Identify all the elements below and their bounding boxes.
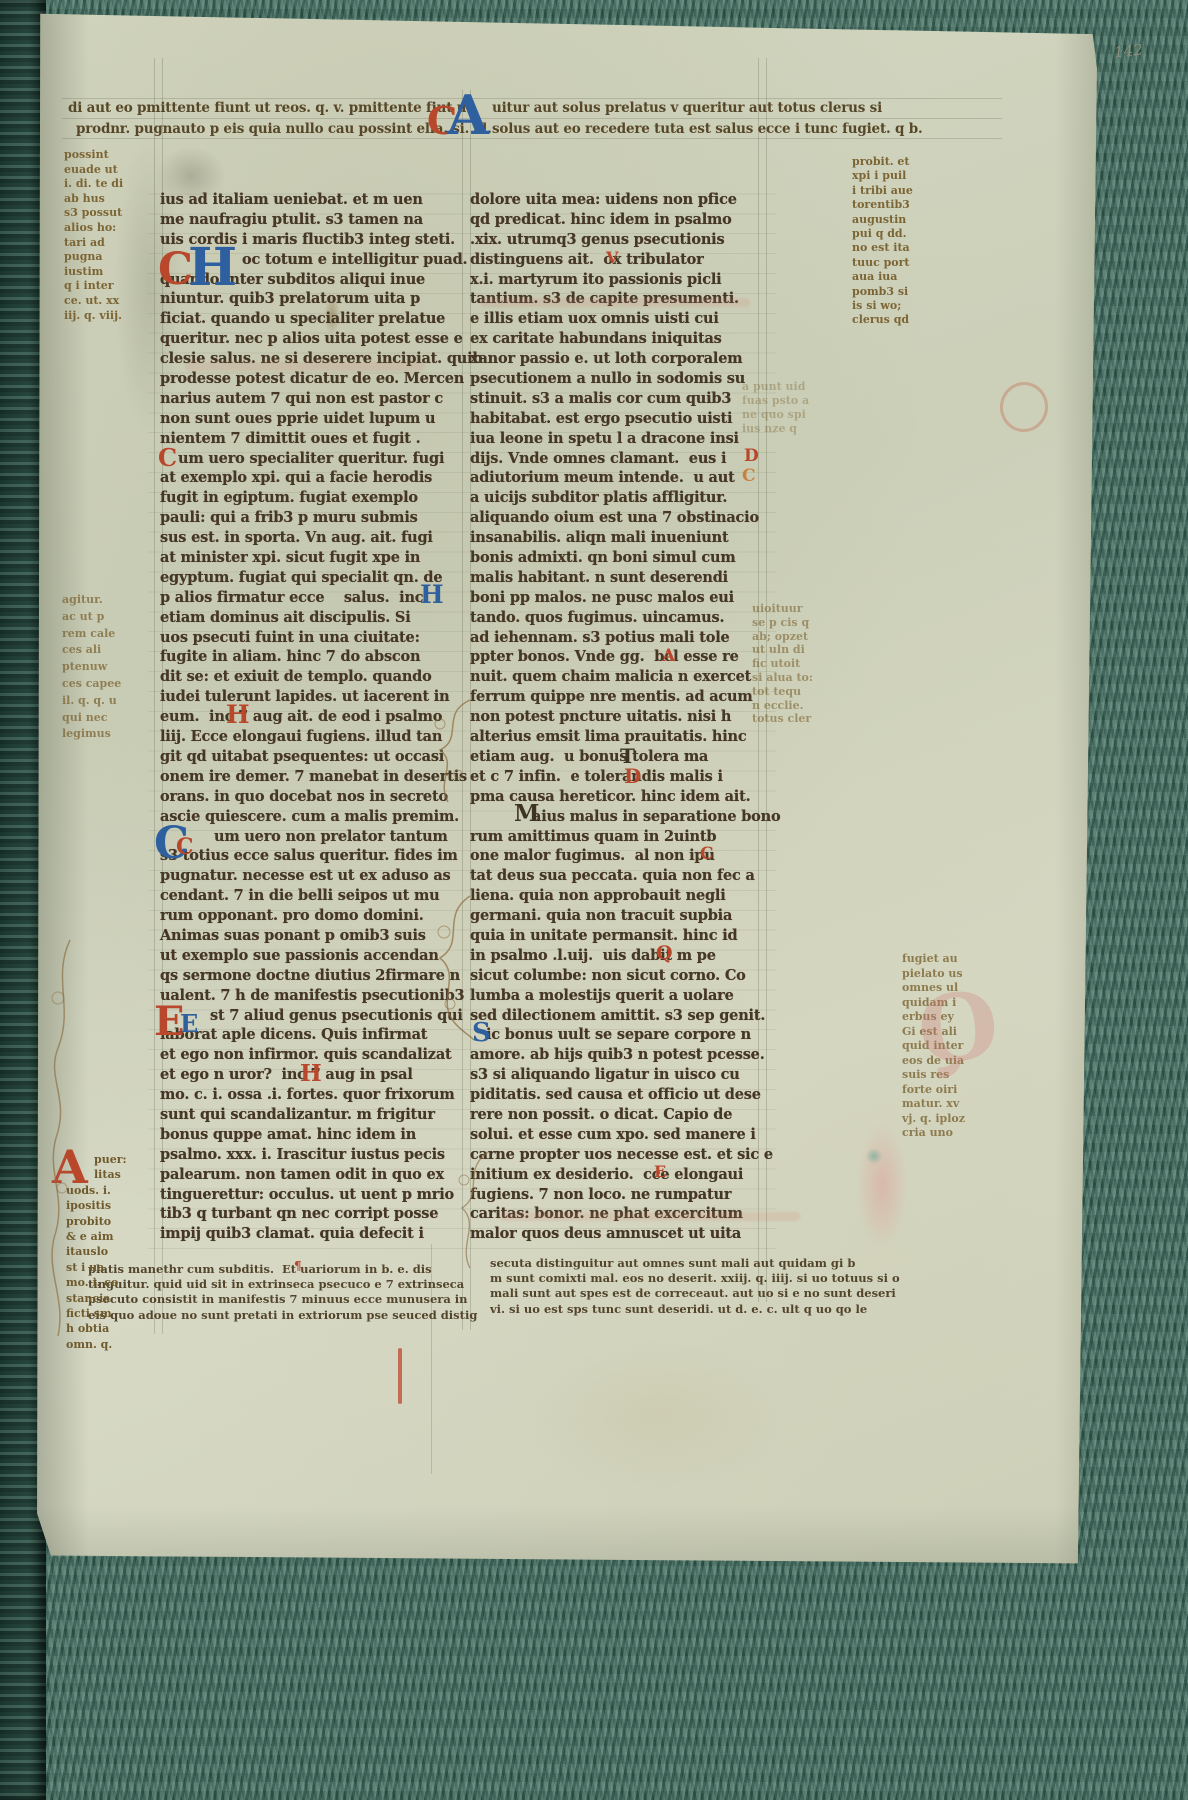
text-line: palearum. non tamen odit in quo ex [160, 1165, 466, 1185]
yellow-stain [516, 1336, 796, 1496]
gloss-line: xpi i puil [852, 169, 913, 183]
bottom-gloss-right: secuta distinguitur aut omnes sunt mali … [490, 1256, 900, 1317]
text-line: prodesse potest dicatur de eo. Mercen [160, 369, 466, 389]
gloss-line: torentib3 [852, 198, 913, 212]
penwork-flourish-intercolumn-upper [428, 696, 474, 804]
decorated-initial-letter: D [744, 448, 759, 465]
gloss-line: augustin [852, 213, 913, 227]
gloss-line: il. q. q. u [62, 693, 121, 710]
gloss-line: tot tequ [752, 685, 813, 699]
decorated-initial-letter: T [620, 746, 635, 766]
gloss-line: a punt uid [742, 380, 809, 394]
decorated-initial-letter: Q [656, 944, 673, 963]
text-line: mo. c. i. ossa .i. fortes. quor frixorum [160, 1085, 466, 1105]
text-line: onem ire demer. 7 manebat in desertis [160, 767, 466, 787]
decorated-initial-letter: H [300, 1062, 322, 1085]
text-line: one malor fugimus. al non ipu [470, 846, 770, 866]
gloss-line: totus cler [752, 712, 813, 726]
pink-offset-ghost [500, 1212, 800, 1221]
gloss-line: fuas psto a [742, 394, 809, 408]
decorated-initial-letter: H [188, 242, 237, 294]
header-line1-right: uitur aut solus prelatus v queritur aut … [492, 100, 882, 116]
gloss-line: uioituur [752, 602, 813, 616]
gloss-line: pui q dd. [852, 227, 913, 241]
gloss-line: cria uno [902, 1126, 965, 1141]
gloss-line: iustim [64, 265, 123, 280]
gloss-line: legimus [62, 726, 121, 743]
gloss-line: agitur. [62, 592, 121, 609]
text-line: stinuit. s3 a malis cor cum quib3 [470, 389, 770, 409]
margin-gloss-right-faint: a punt uidfuas psto ane quo spiius nze q [742, 380, 809, 436]
gloss-line: fic utoit [752, 657, 813, 671]
gloss-line: i. di. te di [64, 177, 123, 192]
text-line: sunt qui scandalizantur. m frigitur [160, 1105, 466, 1125]
gloss-line: iij. q. viij. [64, 309, 123, 324]
text-line: psalmo. xxx. i. Irascitur iustus pecis [160, 1145, 466, 1165]
decorated-initial-letter: D [624, 766, 641, 786]
text-line: carne propter uos necesse est. et sic e [470, 1145, 770, 1165]
text-line: ut exemplo sue passionis accendan [160, 946, 466, 966]
gloss-line: si alua to: [752, 671, 813, 685]
text-line: bonus quppe amat. hinc idem in [160, 1125, 466, 1145]
text-line: nientem 7 dimittit oues et fugit . [160, 429, 466, 449]
text-line: iua leone in spetu l a dracone insi [470, 429, 770, 449]
text-line: malis habitant. n sunt deserendi [470, 568, 770, 588]
text-line: Animas suas ponant p omib3 suis [160, 926, 466, 946]
decorated-initial-letter: C [700, 846, 714, 863]
header-line1-left: di aut eo pmittente fiunt ut reos. q. v.… [68, 100, 475, 116]
text-line: malor quos deus amnuscet ut uita [470, 1224, 770, 1244]
text-line: ualent. 7 h de manifestis psecutionib3 [160, 986, 466, 1006]
text-line: germani. quia non tracuit supbia [470, 906, 770, 926]
gloss-line: vj. q. iploz [902, 1112, 965, 1127]
decorated-initial-letter: Q [913, 978, 1002, 1078]
text-line: st 7 aliud genus psecutionis qui [160, 1006, 466, 1026]
text-line: um uero non prelator tantum [160, 827, 466, 847]
text-line: adiutorium meum intende. u aut [470, 468, 770, 488]
gloss-line: probit. et [852, 155, 913, 169]
text-line: queritur. nec p alios uita potest esse e [160, 329, 466, 349]
text-line: s3 si aliquando ligatur in uisco cu [470, 1065, 770, 1085]
text-line: at minister xpi. sicut fugit xpe in [160, 548, 466, 568]
decorated-initial-letter: A [447, 88, 489, 142]
text-line: narius autem 7 qui non est pastor c [160, 389, 466, 409]
text-line: sus est. in sporta. Vn aug. ait. fugi [160, 528, 466, 548]
text-line: habitabat. est ergo psecutio uisti [470, 409, 770, 429]
text-line: initium ex desiderio. cce elongaui [470, 1165, 770, 1185]
gloss-line: q i inter [64, 279, 123, 294]
gloss-line: ces capee [62, 676, 121, 693]
text-line: ad iehennam. s3 potius mali tole [470, 628, 770, 648]
text-line: lumba a molestijs querit a uolare [470, 986, 770, 1006]
text-line: s3 totius ecce salus queritur. fides im [160, 846, 466, 866]
text-line: liena. quia non approbauit negli [470, 886, 770, 906]
decorated-initial-letter: C [158, 446, 177, 470]
text-line: distinguens ait. ox tribulator [470, 250, 770, 270]
text-line: fugiens. 7 non loco. ne rumpatur [470, 1185, 770, 1205]
decorated-initial-letter: M [514, 802, 539, 825]
text-line: quia in unitate permansit. hinc id [470, 926, 770, 946]
text-line: git qd uitabat psequentes: ut occasi [160, 747, 466, 767]
margin-gloss-right-mid: uioituurse p cis qab; opzetut uln dific … [752, 602, 813, 726]
text-line: sed dilectionem amittit. s3 sep genit. [470, 1006, 770, 1026]
text-line: tando. quos fugimus. uincamus. [470, 608, 770, 628]
text-line: orans. in quo docebat nos in secreto [160, 787, 466, 807]
decorated-initial-letter: C [742, 468, 756, 485]
text-line: qd predicat. hinc idem in psalmo [470, 210, 770, 230]
text-column-right: dolore uita mea: uidens non pficeqd pred… [470, 190, 770, 1244]
text-line: ex caritate habundans iniquitas [470, 329, 770, 349]
text-line: rum opponant. pro domo domini. [160, 906, 466, 926]
text-line: fugite in aliam. hinc 7 do abscon [160, 647, 466, 667]
folio-number: 142 [1113, 41, 1143, 62]
gloss-line: eis quo adoue no sunt pretati in extrior… [88, 1308, 477, 1323]
text-line: ascie quiescere. cum a malis premim. [160, 807, 466, 827]
gloss-line: ac ut p [62, 609, 121, 626]
penwork-flourish-left-margin [44, 938, 80, 1338]
text-line: .xix. utrumq3 genus psecutionis [470, 230, 770, 250]
margin-gloss-right-top: probit. etxpi i puili tribi auetorentib3… [852, 155, 913, 328]
pink-offset-ghost [480, 298, 750, 307]
text-line: ius ad italiam ueniebat. et m uen [160, 190, 466, 210]
gloss-line: secuta distinguitur aut omnes sunt mali … [490, 1256, 900, 1271]
text-line: aliquando oium est una 7 obstinacio [470, 508, 770, 528]
gloss-line: ptenuw [62, 659, 121, 676]
gloss-line: s3 possut [64, 206, 123, 221]
gloss-line: ne quo spi [742, 408, 809, 422]
gloss-line: possint [64, 148, 123, 163]
text-line: piditatis. sed causa et officio ut dese [470, 1085, 770, 1105]
text-line: nuit. quem chaim malicia n exercet [470, 667, 770, 687]
text-line: e illis etiam uox omnis uisti cui [470, 309, 770, 329]
penwork-flourish-bottom [452, 1150, 492, 1270]
text-line: at exemplo xpi. qui a facie herodis [160, 468, 466, 488]
text-line: dolore uita mea: uidens non pfice [470, 190, 770, 210]
margin-gloss-left-top: possinteuade uti. di. te diab huss3 poss… [64, 148, 123, 323]
text-line: non potest pncture uitatis. nisi h [470, 707, 770, 727]
gloss-line: n ecclie. [752, 699, 813, 713]
gloss-line: is si wo; [852, 299, 913, 313]
teal-showthrough [866, 1148, 882, 1164]
manuscript-photo: { "page_number": "142", "palette": {"ink… [0, 0, 1188, 1800]
text-line: tat deus sua peccata. quia non fec a [470, 866, 770, 886]
text-line: tib3 q turbant qn nec corript posse [160, 1204, 466, 1224]
text-line: bonis admixti. qn boni simul cum [470, 548, 770, 568]
gloss-line: se p cis q [752, 616, 813, 630]
text-line: liij. Ecce elongaui fugiens. illud tan [160, 727, 466, 747]
text-line: um uero specialiter queritur. fugi [160, 449, 466, 469]
text-line: dit se: et exiuit de templo. quando [160, 667, 466, 687]
text-line: ferrum quippe nre mentis. ad acum [470, 687, 770, 707]
text-line: et c 7 infin. e tolerandis malis i [470, 767, 770, 787]
ruling-horizontal [62, 98, 1002, 99]
text-line: laborat aple dicens. Quis infirmat [160, 1025, 466, 1045]
text-line: rere non possit. o dicat. Capio de [470, 1105, 770, 1125]
text-line: impij quib3 clamat. quia defecit i [160, 1224, 466, 1244]
text-line: eum. inc 7 aug ait. de eod i psalmo [160, 707, 466, 727]
text-line: rum amittimus quam in 2uintb [470, 827, 770, 847]
gloss-line: rem cale [62, 626, 121, 643]
gloss-line: ius nze q [742, 422, 809, 436]
text-line: insanabilis. aliqn mali inueniunt [470, 528, 770, 548]
gloss-line: ce. ut. xx [64, 294, 123, 309]
text-line: solui. et esse cum xpo. sed manere i [470, 1125, 770, 1145]
decorated-initial-letter: H [420, 582, 444, 607]
gloss-line: tuuc port [852, 256, 913, 270]
text-line: tinguerettur: occulus. ut uent p mrio [160, 1185, 466, 1205]
text-line: in psalmo .l.uij. uis dabit m pe [470, 946, 770, 966]
gloss-line: pomb3 si [852, 285, 913, 299]
red-quire-mark [398, 1348, 402, 1404]
text-line: uos psecuti fuint in una ciuitate: [160, 628, 466, 648]
gloss-line: vi. si uo est sps tunc sunt deseridi. ut… [490, 1302, 900, 1317]
text-line: cendant. 7 in die belli seipos ut mu [160, 886, 466, 906]
text-line: ppter bonos. Vnde gg. bel esse re [470, 647, 770, 667]
text-line: me naufragiu ptulit. s3 tamen na [160, 210, 466, 230]
text-line: ficiat. quando u specialiter prelatue [160, 309, 466, 329]
gloss-line: ab hus [64, 192, 123, 207]
gloss-line: tari ad [64, 236, 123, 251]
text-line: dijs. Vnde omnes clamant. eus i [470, 449, 770, 469]
gloss-line: qui nec [62, 710, 121, 727]
text-line: x.i. martyrum ito passionis picli [470, 270, 770, 290]
decorated-initial-letter: E [654, 1164, 666, 1180]
text-line: boni pp malos. ne pusc malos eui [470, 588, 770, 608]
gloss-line: matur. xv [902, 1097, 965, 1112]
gloss-line: fugiet au [902, 952, 965, 967]
decorated-initial-letter: V [606, 250, 618, 266]
text-line: ic bonus uult se separe corpore n [470, 1025, 770, 1045]
gloss-line: euade ut [64, 163, 123, 178]
gloss-line: ab; opzet [752, 630, 813, 644]
penwork-flourish-intercolumn-lower [430, 892, 476, 1042]
ruling-horizontal [62, 118, 1002, 119]
gloss-line: omn. q. [66, 1337, 127, 1352]
gloss-line: ut uln di [752, 643, 813, 657]
pink-offset-ghost [185, 362, 425, 371]
gloss-line: ces ali [62, 642, 121, 659]
text-line: non sunt oues pprie uidet lupum u [160, 409, 466, 429]
bottom-gloss-left: platis manethr cum subditis. Et uariorum… [88, 1262, 477, 1323]
header-line2-right: solus aut eo recedere tuta est salus ecc… [492, 121, 922, 137]
gloss-line: pugna [64, 250, 123, 265]
gloss-line: m sunt comixti mal. eos no deserit. xxii… [490, 1271, 900, 1286]
gloss-line: psecuto consistit in manifestis 7 minuus… [88, 1292, 477, 1307]
text-line: iudei tulerunt lapides. ut iacerent in [160, 687, 466, 707]
decorated-initial-letter: C [176, 836, 194, 858]
text-line: sicut columbe: non sicut corno. Co [470, 966, 770, 986]
gloss-line: alios ho: [64, 221, 123, 236]
text-line: amore. ab hijs quib3 n potest pcesse. [470, 1045, 770, 1065]
text-line: pugnatur. necesse est ut ex aduso as [160, 866, 466, 886]
text-line: psecutionem a nullo in sodomis su [470, 369, 770, 389]
pink-showthrough [858, 1124, 906, 1246]
text-line: qs sermone doctne diutius 2firmare n [160, 966, 466, 986]
margin-gloss-left-mid: agitur.ac ut prem caleces aliptenuwces c… [62, 592, 121, 743]
text-line: etiam dominus ait discipulis. Si [160, 608, 466, 628]
gloss-line: platis manethr cum subditis. Et uariorum… [88, 1262, 477, 1277]
text-line: pauli: qui a frib3 p muru submis [160, 508, 466, 528]
gloss-line: aua iua [852, 270, 913, 284]
ruling-horizontal [62, 138, 1002, 139]
ruling-vertical [154, 58, 155, 1334]
gloss-line: clerus qd [852, 313, 913, 327]
decorated-initial-letter: A [662, 648, 675, 665]
decorated-initial-letter: E [180, 1012, 198, 1036]
gloss-line: tinguitur. quid uid sit in extrinseca ps… [88, 1277, 477, 1292]
parchment-crease [431, 1244, 432, 1474]
text-line: xanor passio e. ut loth corporalem [470, 349, 770, 369]
gloss-line: no est ita [852, 241, 913, 255]
decorated-initial-letter: ¶ [294, 1260, 302, 1272]
decorated-initial-letter: H [226, 702, 250, 727]
gloss-line: i tribi aue [852, 184, 913, 198]
text-line: fugit in egiptum. fugiat exemplo [160, 488, 466, 508]
gloss-line: mali sunt aut spes est de correceaut. au… [490, 1286, 900, 1301]
text-line: a uicijs subditor platis affligitur. [470, 488, 770, 508]
